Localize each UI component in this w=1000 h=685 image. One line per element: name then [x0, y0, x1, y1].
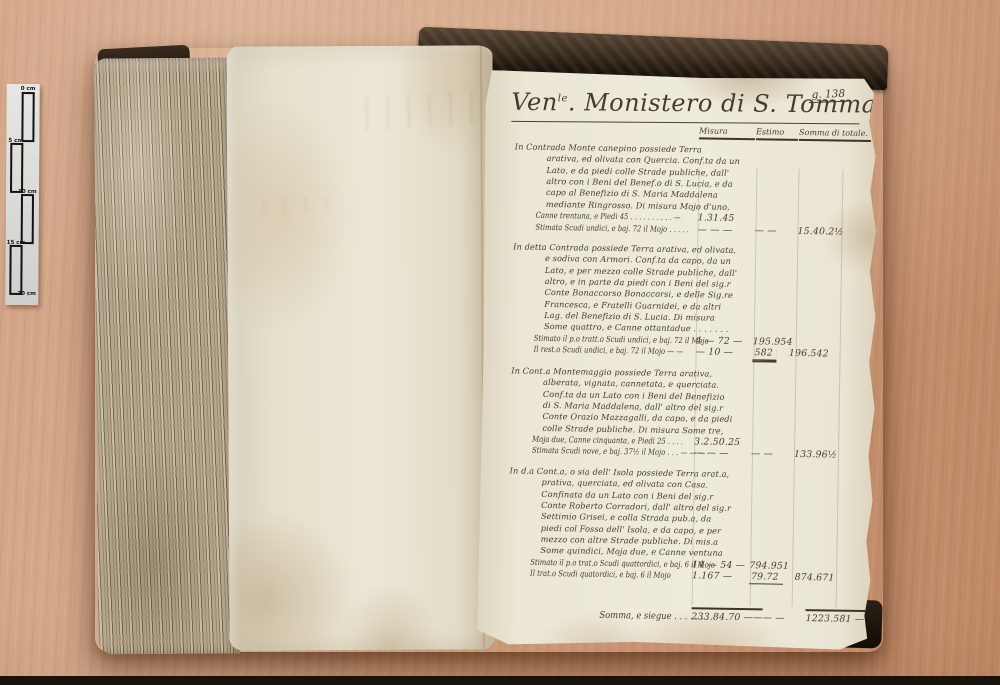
page-title: Venle. Monistero di S. Tommaso [511, 88, 859, 124]
ledger-entry: In detta Contrada possiede Terra arativa… [494, 241, 872, 362]
photograph: g. 138 Venle. Monistero di S. Tommaso Mi… [0, 0, 1000, 685]
entry-text: In detta Contrada possiede Terra arativa… [494, 241, 761, 336]
estimo-value [755, 221, 798, 222]
photo-scale-ruler: 0 cm 5 cm 10 cm 15 cm 20 cm [5, 84, 40, 305]
estimo-value [751, 445, 794, 446]
ledger-entry: In Cont.a Montemaggio possiede Terra ara… [492, 365, 869, 462]
misura-value: 1.31.45 [698, 212, 755, 224]
somma-value [796, 345, 868, 346]
column-headers: Misura Estimo Somma di totale. [497, 123, 873, 142]
ledger-entry: In Contrada Monte canepino possiede Terr… [495, 141, 872, 238]
page-stack-fore-edge [94, 58, 240, 655]
column-header-somma: Somma di totale. [799, 128, 871, 142]
ruler-block [10, 143, 23, 193]
estimo-value: — — [751, 449, 794, 461]
estimo-value: 79.72 [749, 571, 783, 584]
sum-row: Somma, e siegue . . . . . . . 233.84.70 … [599, 605, 865, 625]
misura-value: 1.167 — [692, 570, 749, 582]
misura-value: 3.2.50.25 [694, 436, 751, 448]
title-superscript: le [558, 93, 568, 104]
ink-show-through-marks [356, 90, 488, 131]
sum-label: Somma, e siegue . . . . . . . [599, 609, 680, 622]
estimo-value: 794.951 [749, 560, 792, 572]
column-header-misura: Misura [699, 126, 755, 140]
entry-text: In d.a Cont.a, o sia dell' Isola possied… [490, 465, 757, 560]
entry-row-label: Il rest.o Scudi undici, e baj. 72 il Moj… [534, 344, 669, 358]
entry-row-label: Il trat.o Scudi quatordici, e baj. 6 il … [530, 568, 665, 582]
somma-total-value: 874.671 [795, 572, 867, 585]
blank-verso-page [226, 45, 495, 650]
ledger-entries: In Contrada Monte canepino possiede Terr… [489, 141, 872, 625]
somma-value [794, 446, 866, 447]
misura-value: — — — [697, 224, 754, 236]
misura-value: — 10 — [695, 347, 752, 359]
entry-row-label: Stimata Scudi nove, e baj. 37½ il Mojo .… [532, 445, 667, 459]
ledger-entry: In d.a Cont.a, o sia dell' Isola possied… [490, 465, 868, 586]
somma-total-value: 196.542 [789, 348, 861, 361]
ruler-block [21, 194, 34, 244]
entry-text: In Contrada Monte canepino possiede Terr… [496, 141, 763, 213]
estimo-value: — — [754, 225, 797, 237]
table-front-edge-shadow [0, 676, 1000, 685]
estimo-value: 582 [752, 348, 777, 361]
entry-row-label: Stimata Scudi undici, e baj. 72 il Mojo … [535, 221, 670, 235]
somma-value: 15.40.2½ [797, 225, 869, 238]
title-prefix: Ven [511, 88, 557, 116]
page-title-text: Venle. Monistero di S. Tommaso [511, 88, 904, 119]
somma-value [792, 568, 864, 569]
somma-value: 133.96½ [794, 449, 866, 462]
ruler-label: 20 cm [17, 291, 36, 297]
ink-show-through-marks [253, 194, 344, 215]
somma-value [798, 222, 870, 223]
column-header-estimo: Estimo [756, 127, 798, 141]
sum-estimo-value: — — [763, 612, 806, 624]
header-spacer [497, 123, 699, 139]
title-main: . Monistero di S. Tommaso [568, 88, 905, 118]
entry-text: In Cont.a Montemaggio possiede Terra ara… [492, 365, 759, 437]
manuscript-recto-page: g. 138 Venle. Monistero di S. Tommaso Mi… [477, 70, 880, 650]
ruler-block [21, 92, 34, 142]
estimo-value: 195.954 [753, 336, 796, 348]
ruler-block [9, 245, 22, 295]
